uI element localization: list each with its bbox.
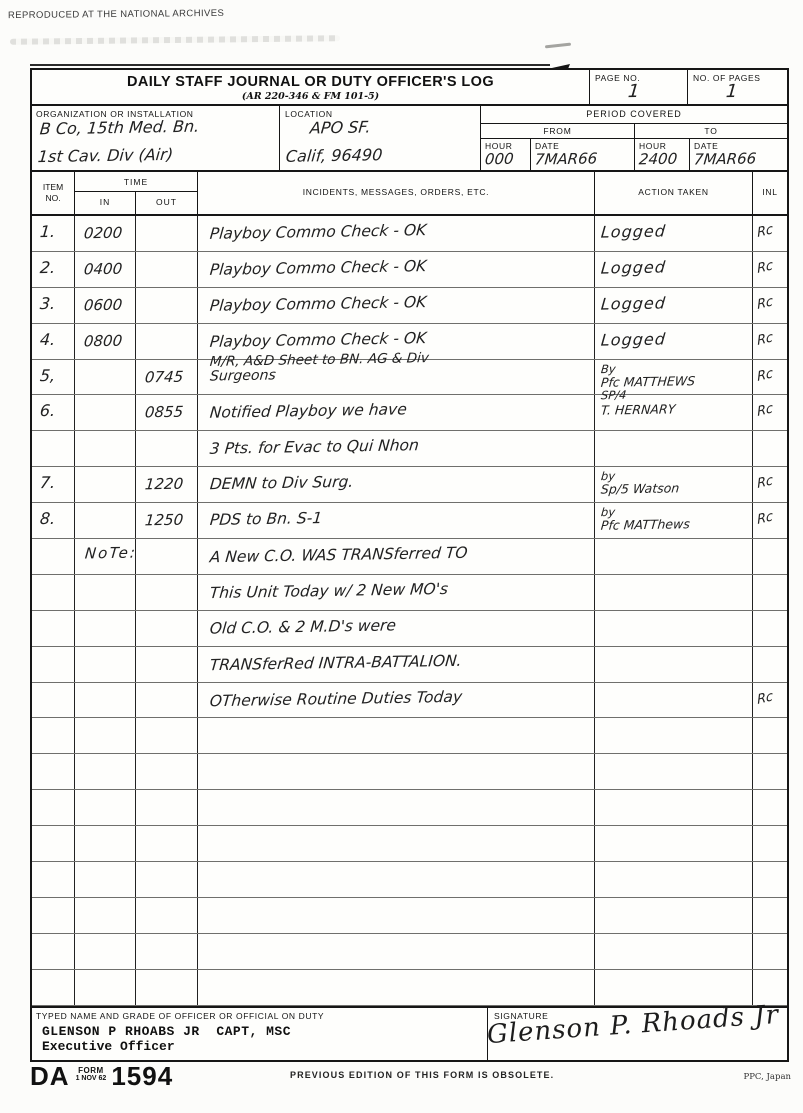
to-label: TO xyxy=(635,124,787,139)
item-number: 8. xyxy=(39,509,56,528)
action-taken-text: Logged xyxy=(600,221,667,241)
initials-mark: Rc xyxy=(757,366,774,385)
item-number: 3. xyxy=(39,294,56,313)
scan-artifact-dash xyxy=(545,43,571,49)
signature-cell: SIGNATURE Glenson P. Rhoads Jr xyxy=(488,1008,787,1060)
form-title: DAILY STAFF JOURNAL OR DUTY OFFICER'S LO… xyxy=(32,74,589,90)
time-in-value: 0200 xyxy=(83,224,123,243)
journal-row xyxy=(32,718,787,754)
page-no-value: 1 xyxy=(627,81,640,102)
journal-row: 3.0600Playboy Commo Check - OKLoggedRc xyxy=(32,288,787,324)
to-hour-cell: HOUR 2400 xyxy=(635,139,690,170)
action-taken-line1: SP/4 xyxy=(600,388,627,402)
form-header-row: DAILY STAFF JOURNAL OR DUTY OFFICER'S LO… xyxy=(32,70,787,106)
archives-stamp: REPRODUCED AT THE NATIONAL ARCHIVES xyxy=(8,8,224,21)
to-date-cell: DATE 7MAR66 xyxy=(690,139,787,170)
journal-row: 3 Pts. for Evac to Qui Nhon xyxy=(32,431,787,467)
incident-text: DEMN to Div Surg. xyxy=(209,473,354,493)
to-hour-value: 2400 xyxy=(638,150,678,169)
time-out-value: 1250 xyxy=(144,511,184,530)
location-value-line2: Calif, 96490 xyxy=(285,145,383,166)
item-number: 6. xyxy=(39,401,56,420)
journal-row: 8.1250PDS to Bn. S-1byPfc MATThewsRc xyxy=(32,503,787,539)
time-header-label: TIME xyxy=(75,172,197,192)
from-date-value: 7MAR66 xyxy=(534,150,598,169)
item-number: 5, xyxy=(39,365,56,384)
scan-smudge xyxy=(10,35,340,44)
incident-text: Notified Playboy we have xyxy=(209,401,408,422)
form-number: 1594 xyxy=(111,1064,173,1088)
note-label: NoTe: xyxy=(84,544,138,563)
journal-row xyxy=(32,826,787,862)
title-cell: DAILY STAFF JOURNAL OR DUTY OFFICER'S LO… xyxy=(32,70,590,104)
action-taken-header: ACTION TAKEN xyxy=(595,172,753,214)
time-in-value: 0400 xyxy=(83,260,123,279)
item-number: 7. xyxy=(39,473,56,492)
obsolete-notice: PREVIOUS EDITION OF THIS FORM IS OBSOLET… xyxy=(290,1070,554,1080)
form-info-row: ORGANIZATION OR INSTALLATION B Co, 15th … xyxy=(32,106,787,172)
time-out-value: 0745 xyxy=(144,367,184,386)
time-out-value: 1220 xyxy=(144,475,184,494)
time-out-value: 0855 xyxy=(144,403,184,422)
from-label: FROM xyxy=(481,124,635,139)
initials-mark: Rc xyxy=(757,222,774,241)
form-edition-stack: FORM 1 NOV 62 xyxy=(76,1067,107,1083)
signature-value: Glenson P. Rhoads Jr xyxy=(477,999,788,1051)
journal-table-header: ITEM NO. TIME IN OUT INCIDENTS, MESSAGES… xyxy=(32,172,787,216)
incident-text: Playboy Commo Check - OK xyxy=(209,221,427,243)
journal-row: 7.1220DEMN to Div Surg.bySp/5 WatsonRc xyxy=(32,467,787,503)
form-number-group: DA FORM 1 NOV 62 1594 xyxy=(30,1064,173,1088)
initials-mark: Rc xyxy=(757,473,774,492)
time-header: TIME IN OUT xyxy=(75,172,198,214)
initials-mark: Rc xyxy=(757,258,774,277)
time-in-header: IN xyxy=(75,192,136,215)
typed-name-value: GLENSON P RHOABS JR CAPT, MSC xyxy=(42,1024,487,1039)
incident-text: A New C.O. WAS TRANSferred TO xyxy=(209,544,468,566)
item-number: 1. xyxy=(39,222,56,241)
no-of-pages-value: 1 xyxy=(725,81,738,102)
initials-mark: Rc xyxy=(757,401,774,420)
page-no-label: PAGE NO. xyxy=(595,73,687,83)
da-form-1594: DAILY STAFF JOURNAL OR DUTY OFFICER'S LO… xyxy=(30,68,789,1062)
scanned-document-page: REPRODUCED AT THE NATIONAL ARCHIVES DAIL… xyxy=(0,0,803,1113)
journal-row: 6.0855Notified Playboy we haveSP/4T. HER… xyxy=(32,395,787,431)
item-number: 2. xyxy=(39,258,56,277)
journal-row xyxy=(32,970,787,1006)
print-plant-note: PPC, Japan xyxy=(743,1072,791,1082)
form-id-strip: DA FORM 1 NOV 62 1594 PREVIOUS EDITION O… xyxy=(0,1064,803,1104)
initials-mark: Rc xyxy=(757,294,774,313)
time-out-header: OUT xyxy=(136,192,197,215)
journal-row xyxy=(32,790,787,826)
incident-text: Playboy Commo Check - OK xyxy=(209,293,427,315)
organization-cell: ORGANIZATION OR INSTALLATION B Co, 15th … xyxy=(32,106,280,170)
incident-text: PDS to Bn. S-1 xyxy=(209,509,323,529)
incident-text: 3 Pts. for Evac to Qui Nhon xyxy=(209,437,420,459)
action-taken-text: Logged xyxy=(600,293,667,313)
journal-row: OTherwise Routine Duties TodayRc xyxy=(32,683,787,719)
incident-text: OTherwise Routine Duties Today xyxy=(209,687,463,709)
journal-row: NoTe:A New C.O. WAS TRANSferred TO xyxy=(32,539,787,575)
item-no-header: ITEM NO. xyxy=(32,172,75,214)
item-number: 4. xyxy=(39,330,56,349)
journal-row: 5,0745M/R, A&D Sheet to BN. AG & DivSurg… xyxy=(32,360,787,396)
incident-text: Playboy Commo Check - OK xyxy=(209,329,427,351)
initials-mark: Rc xyxy=(757,509,774,528)
to-date-value: 7MAR66 xyxy=(693,150,757,169)
journal-row: 2.0400Playboy Commo Check - OKLoggedRc xyxy=(32,252,787,288)
journal-row: Old C.O. & 2 M.D's were xyxy=(32,611,787,647)
action-taken-line2: Pfc MATThews xyxy=(600,516,690,533)
hour-date-row: HOUR 000 DATE 7MAR66 HOUR 2400 DATE 7MAR… xyxy=(481,139,787,170)
item-header-line2: NO. xyxy=(32,193,74,204)
action-taken-line1: By xyxy=(600,361,616,375)
location-value-line1: APO SF. xyxy=(309,117,371,137)
from-hour-cell: HOUR 000 xyxy=(481,139,531,170)
no-of-pages-label: NO. OF PAGES xyxy=(693,73,787,83)
action-taken-line2: T. HERNARY xyxy=(600,402,676,418)
time-in-value: 0600 xyxy=(83,295,123,314)
form-word: FORM xyxy=(76,1067,107,1075)
journal-row: 1.0200Playboy Commo Check - OKLoggedRc xyxy=(32,216,787,252)
journal-row: TRANSferRed INTRA-BATTALION. xyxy=(32,647,787,683)
location-cell: LOCATION APO SF. Calif, 96490 xyxy=(280,106,481,170)
organization-value-line1: B Co, 15th Med. Bn. xyxy=(39,117,200,139)
incident-text: Old C.O. & 2 M.D's were xyxy=(209,616,397,637)
typed-title-value: Executive Officer xyxy=(42,1039,487,1054)
from-hour-value: 000 xyxy=(484,150,514,168)
journal-row xyxy=(32,898,787,934)
inl-header: INL xyxy=(753,172,787,214)
incident-text: Playboy Commo Check - OK xyxy=(209,257,427,279)
typed-name-cell: TYPED NAME AND GRADE OF OFFICER OR OFFIC… xyxy=(32,1008,488,1060)
organization-value-line2: 1st Cav. Div (Air) xyxy=(37,145,174,166)
incidents-header: INCIDENTS, MESSAGES, ORDERS, ETC. xyxy=(198,172,595,214)
incident-text: This Unit Today w/ 2 New MO's xyxy=(209,580,449,602)
action-taken-line2: Sp/5 Watson xyxy=(600,481,680,497)
journal-row xyxy=(32,934,787,970)
journal-row: This Unit Today w/ 2 New MO's xyxy=(32,575,787,611)
form-subtitle: (AR 220-346 & FM 101-5) xyxy=(32,91,589,102)
action-taken-text: Logged xyxy=(600,329,667,349)
from-to-row: FROM TO xyxy=(481,124,787,140)
period-covered-cell: PERIOD COVERED FROM TO HOUR 000 DATE 7MA… xyxy=(481,106,787,170)
item-header-line1: ITEM xyxy=(32,182,74,193)
initials-mark: Rc xyxy=(757,330,774,349)
form-footer-row: TYPED NAME AND GRADE OF OFFICER OR OFFIC… xyxy=(32,1006,787,1060)
journal-table-body: 1.0200Playboy Commo Check - OKLoggedRc2.… xyxy=(32,216,787,1006)
initials-mark: Rc xyxy=(757,689,774,708)
no-of-pages-cell: NO. OF PAGES 1 xyxy=(688,70,787,104)
form-edition-date: 1 NOV 62 xyxy=(76,1075,107,1083)
da-label: DA xyxy=(30,1064,70,1088)
journal-row xyxy=(32,754,787,790)
period-covered-label: PERIOD COVERED xyxy=(481,106,787,124)
time-in-value: 0800 xyxy=(83,331,123,350)
page-no-cell: PAGE NO. 1 xyxy=(590,70,688,104)
incident-text: M/R, A&D Sheet to BN. AG & Div xyxy=(209,350,429,370)
journal-row xyxy=(32,862,787,898)
action-taken-text: Logged xyxy=(600,257,667,277)
incident-text: TRANSferRed INTRA-BATTALION. xyxy=(209,651,462,673)
action-taken-line2: Pfc MATTHEWS xyxy=(600,373,696,390)
from-date-cell: DATE 7MAR66 xyxy=(531,139,635,170)
typed-name-label: TYPED NAME AND GRADE OF OFFICER OR OFFIC… xyxy=(36,1011,487,1021)
